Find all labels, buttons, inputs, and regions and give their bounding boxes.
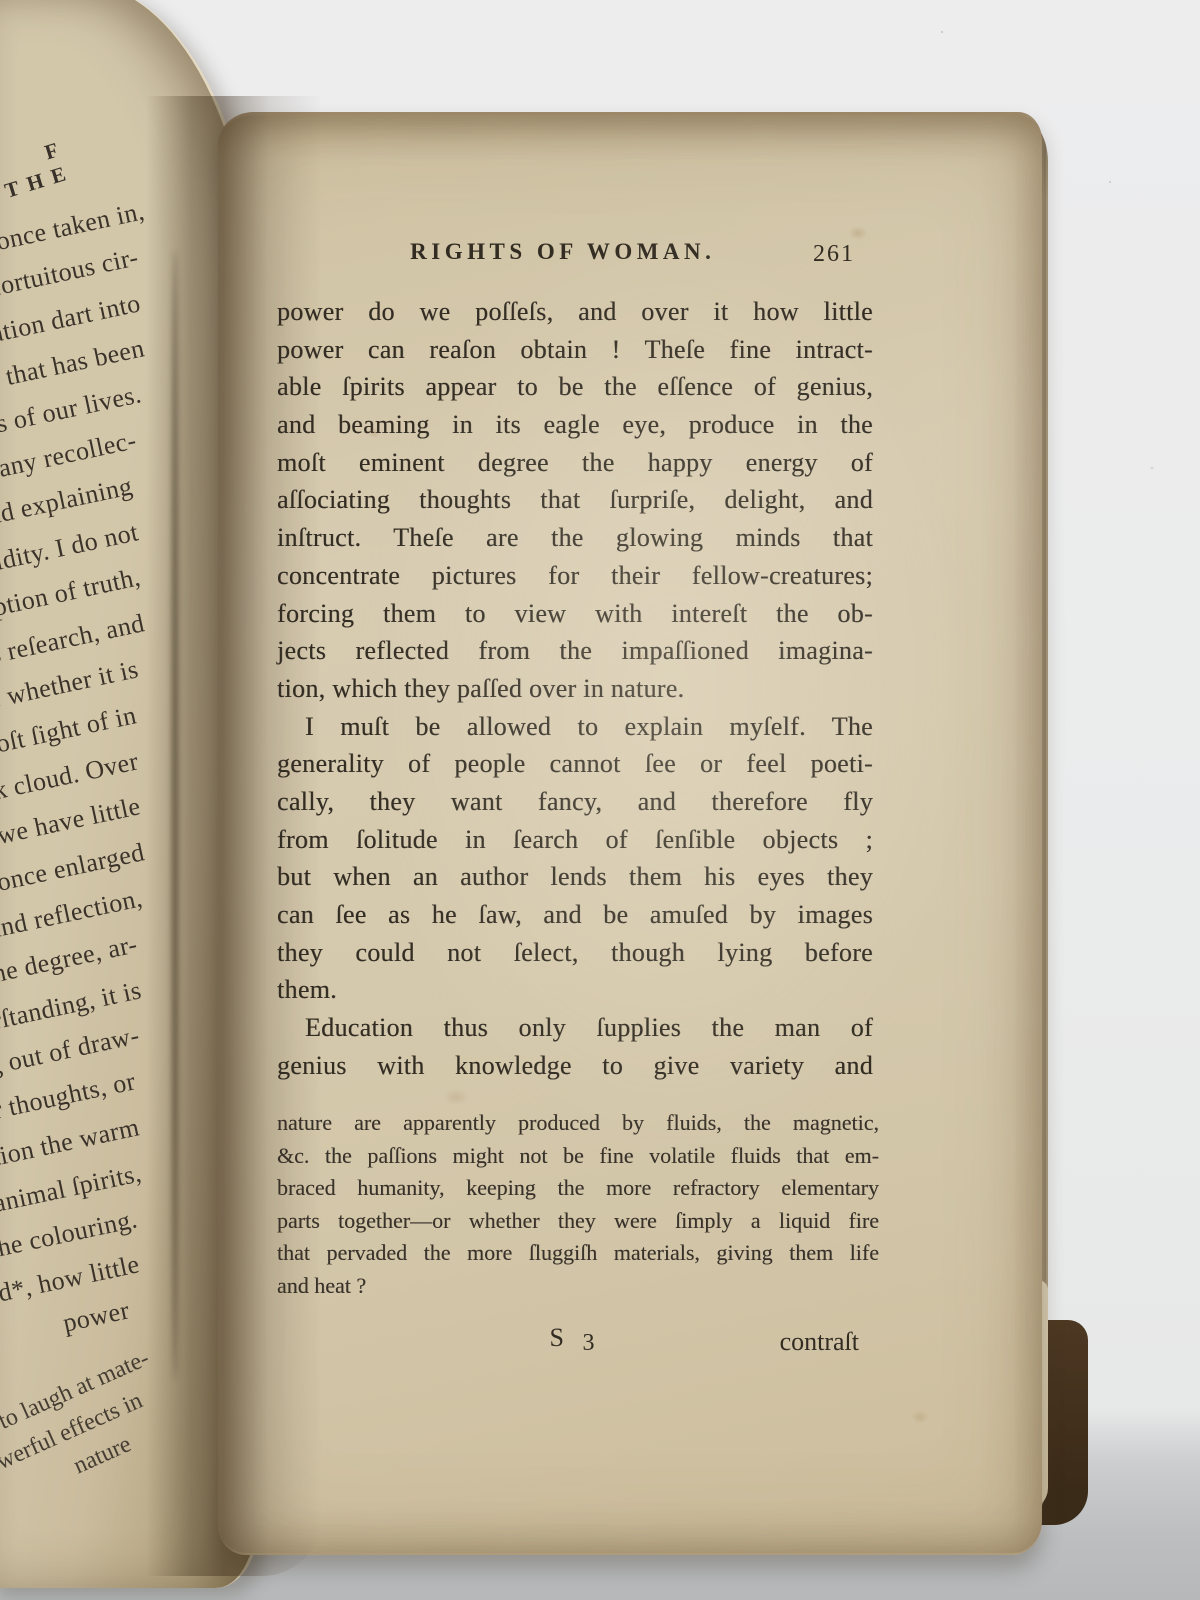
text-line: aſſociating thoughts that ſurpriſe, deli… [277,481,873,519]
text-line: cally, they want fancy, and therefore fl… [277,783,873,821]
text-line: generality of people cannot ſee or feel … [277,745,873,783]
text-line: forcing them to view with intereſt the o… [277,595,873,633]
book-photo-scene: F THE are once taken in,me fortuitous ci… [0,0,1200,1600]
text-line: Education thus only ſupplies the man of [277,1009,873,1047]
text-line: power can reaſon obtain ! Theſe fine int… [277,331,873,369]
text-line: tion, which they paſſed over in nature. [277,670,873,708]
text-line: jects reflected from the impaſſioned ima… [277,632,873,670]
footnote-text: nature are apparently produced by fluids… [277,1107,879,1303]
text-line: they could not ſelect, though lying befo… [277,934,873,972]
text-line: that pervaded the more ſluggiſh material… [277,1237,879,1270]
text-line: parts together—or whether they were ſimp… [277,1205,879,1238]
text-line: nature are apparently produced by fluids… [277,1107,879,1140]
page-number: 261 [813,241,855,268]
right-page: RIGHTS OF WOMAN. 261 power do we poſſeſs… [218,112,1042,1555]
running-title: RIGHTS OF WOMAN. [410,239,715,265]
text-line: but when an author lends them his eyes t… [277,858,873,896]
catchword: contraſt [780,1327,859,1357]
body-text: power do we poſſeſs, and over it how lit… [277,293,873,1084]
gathering-signature: S 3 [550,1323,601,1353]
text-line: can ſee as he ſaw, and be amuſed by imag… [277,896,873,934]
text-line: from ſolitude in ſearch of ſenſible obje… [277,821,873,859]
text-line: &c. the paſſions might not be fine volat… [277,1140,879,1173]
text-line: and heat ? [277,1270,879,1303]
left-page-text-fragments: are once taken in,me fortuitous cir-orma… [0,188,144,1333]
signature-line: S 3 contraſt [277,1323,873,1363]
text-line: braced humanity, keeping the more refrac… [277,1172,879,1205]
text-line: power do we poſſeſs, and over it how lit… [277,293,873,331]
text-line: moſt eminent degree the happy energy of [277,444,873,482]
text-line: able ſpirits appear to be the eſſence of… [277,368,873,406]
text-line: inſtruct. Theſe are the glowing minds th… [277,519,873,557]
text-line: I muſt be allowed to explain myſelf. The [277,708,873,746]
text-line: genius with knowledge to give variety an… [277,1047,873,1085]
right-page-text-block: RIGHTS OF WOMAN. 261 power do we poſſeſs… [277,115,873,1553]
text-line: concentrate pictures for their fellow-cr… [277,557,873,595]
left-page-footnote-fragments: lined to laugh at mate-oft powerful effe… [0,1336,148,1465]
text-line: them. [277,971,873,1009]
page-header: RIGHTS OF WOMAN. 261 [277,239,873,271]
text-line: and beaming in its eagle eye, produce in… [277,406,873,444]
